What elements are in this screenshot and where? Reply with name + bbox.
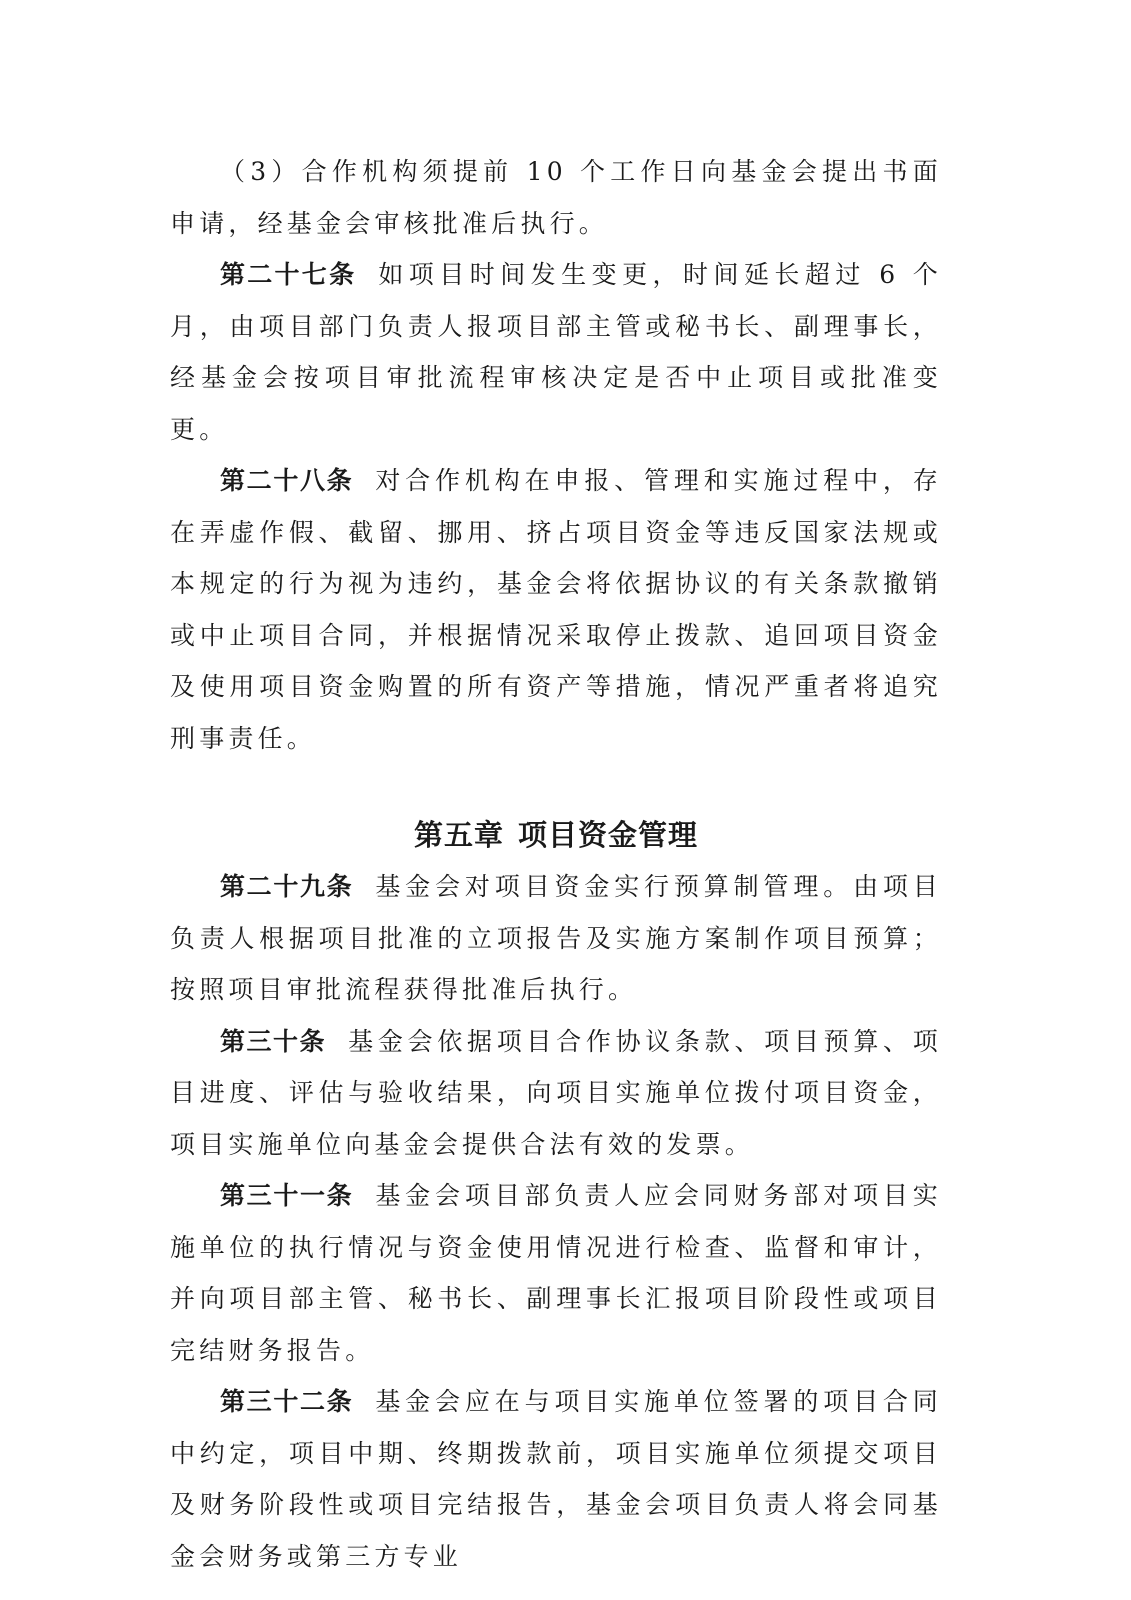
paragraph-item-3: （3）合作机构须提前 10 个工作日向基金会提出书面申请，经基金会审核批准后执行… — [170, 146, 942, 249]
paragraph-text: 对合作机构在申报、管理和实施过程中，存在弄虚作假、截留、挪用、挤占项目资金等违反… — [170, 466, 942, 753]
chapter-title: 项目资金管理 — [518, 818, 698, 852]
article-number: 第三十二条 — [220, 1387, 353, 1416]
article-number: 第三十条 — [220, 1027, 326, 1056]
paragraph-article-31: 第三十一条基金会项目部负责人应会同财务部对项目实施单位的执行情况与资金使用情况进… — [170, 1170, 942, 1376]
article-number: 第二十八条 — [220, 466, 353, 495]
chapter-heading: 第五章项目资金管理 — [170, 810, 942, 861]
chapter-number: 第五章 — [414, 818, 504, 852]
article-number: 第二十九条 — [220, 872, 353, 901]
paragraph-article-29: 第二十九条基金会对项目资金实行预算制管理。由项目负责人根据项目批准的立项报告及实… — [170, 861, 942, 1016]
paragraph-text: （3）合作机构须提前 10 个工作日向基金会提出书面申请，经基金会审核批准后执行… — [170, 157, 942, 238]
paragraph-article-27: 第二十七条如项目时间发生变更，时间延长超过 6 个月，由项目部门负责人报项目部主… — [170, 249, 942, 455]
paragraph-article-30: 第三十条基金会依据项目合作协议条款、项目预算、项目进度、评估与验收结果，向项目实… — [170, 1016, 942, 1171]
paragraph-article-28: 第二十八条对合作机构在申报、管理和实施过程中，存在弄虚作假、截留、挪用、挤占项目… — [170, 455, 942, 764]
article-number: 第二十七条 — [220, 260, 356, 289]
paragraph-article-32: 第三十二条基金会应在与项目实施单位签署的项目合同中约定，项目中期、终期拨款前，项… — [170, 1376, 942, 1582]
article-number: 第三十一条 — [220, 1181, 353, 1210]
document-page: （3）合作机构须提前 10 个工作日向基金会提出书面申请，经基金会审核批准后执行… — [170, 146, 942, 1582]
